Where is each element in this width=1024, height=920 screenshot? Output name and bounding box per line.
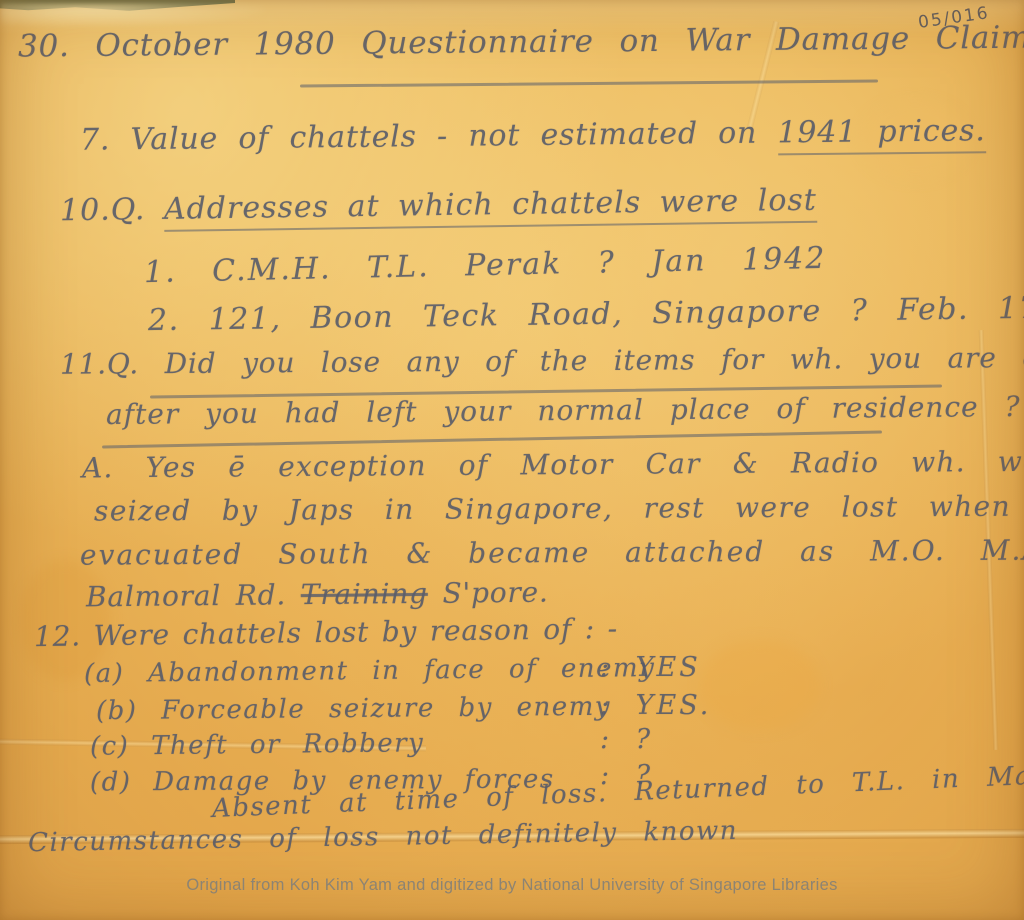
question-11-line-1: 11.Q. Did you lose any of the items for … bbox=[60, 340, 1024, 381]
title-underline bbox=[300, 79, 878, 87]
digitization-watermark: Original from Koh Kim Yam and digitized … bbox=[0, 876, 1024, 895]
scanned-document: 05/016 30. October 1980 Questionnaire on… bbox=[0, 0, 1024, 920]
answer-line: seized by Japs in Singapore, rest were l… bbox=[94, 489, 1024, 527]
reason-item-value: : YES bbox=[600, 652, 701, 683]
note-circumstances: Circumstances of loss not definitely kno… bbox=[28, 816, 738, 858]
answer-last-suffix: S'pore. bbox=[428, 576, 549, 610]
header-line: 30. October 1980 Questionnaire on War Da… bbox=[18, 20, 1024, 65]
reason-item-value: : ? bbox=[600, 724, 653, 755]
question-10-number: 10.Q. bbox=[60, 192, 146, 228]
document-title: Questionnaire on War Damage Claims bbox=[361, 20, 1024, 62]
address-item: 2. 121, Boon Teck Road, Singapore ? Feb.… bbox=[148, 289, 1024, 338]
answer-last-prefix: Balmoral Rd. bbox=[86, 578, 301, 613]
address-item: 1. C.M.H. T.L. Perak ? Jan 1942 bbox=[144, 241, 827, 290]
question-12-heading: 12. Were chattels lost by reason of : - bbox=[34, 612, 618, 653]
reason-item-label: (b) Forceable seizure by enemy bbox=[96, 692, 611, 726]
answer-line: A. Yes ē exception of Motor Car & Radio … bbox=[82, 445, 1024, 485]
question-7-text: 7. Value of chattels - not estimated on bbox=[80, 115, 778, 157]
reason-item-value: : YES. bbox=[600, 690, 711, 721]
question-10-heading: 10.Q. Addresses at which chattels were l… bbox=[60, 183, 817, 229]
strikethrough-word: Training bbox=[301, 577, 428, 611]
torn-paper-edge bbox=[0, 3, 265, 27]
question-11-underline-2 bbox=[102, 431, 882, 448]
paper-stain bbox=[700, 640, 820, 730]
answer-line-last: Balmoral Rd. Training S'pore. bbox=[86, 576, 549, 614]
reason-item-label: (a) Abandonment in face of enemy bbox=[84, 653, 656, 689]
question-11-line-2: after you had left your normal place of … bbox=[106, 390, 1021, 431]
reason-item-label: (c) Theft or Robbery bbox=[90, 728, 425, 761]
document-date: 30. October 1980 bbox=[18, 26, 336, 65]
question-7-underlined-text: 1941 prices. bbox=[777, 113, 986, 155]
question-7-line: 7. Value of chattels - not estimated on … bbox=[80, 113, 986, 157]
question-10-heading-text: Addresses at which chattels were lost bbox=[164, 183, 817, 232]
answer-line: evacuated South & became attached as M.O… bbox=[80, 533, 1024, 571]
